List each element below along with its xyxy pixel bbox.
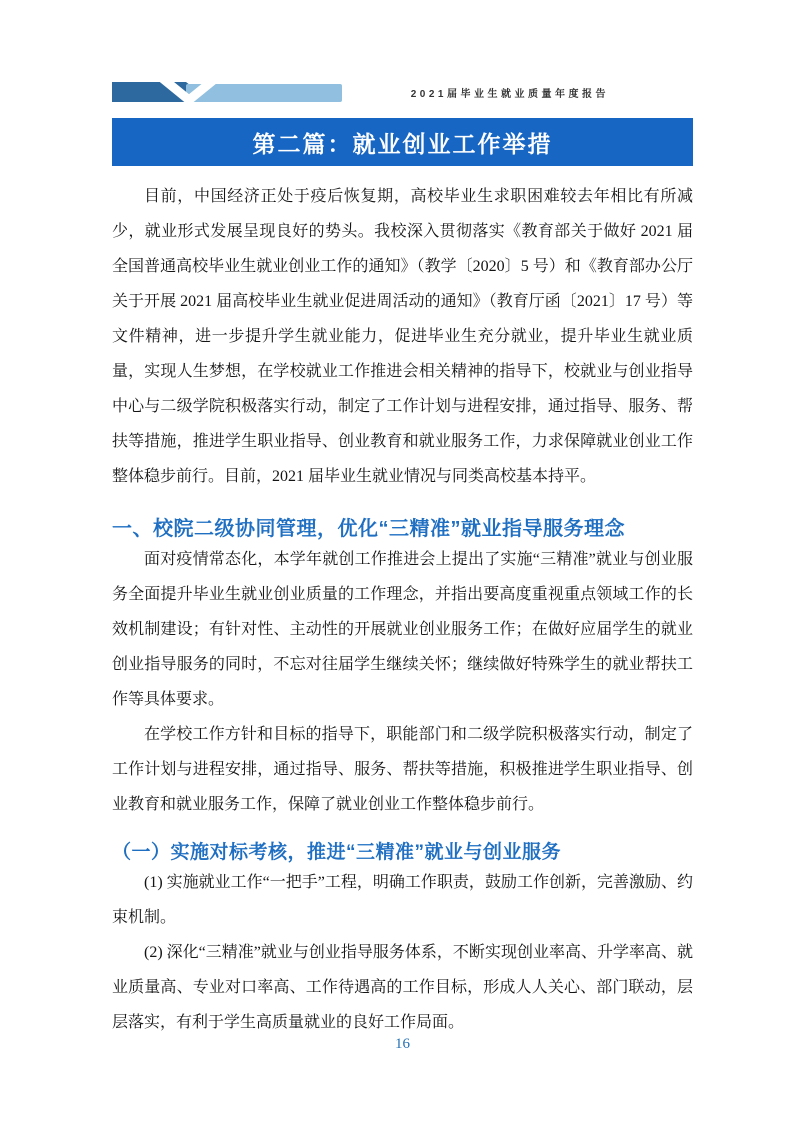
page-content: 2021届毕业生就业质量年度报告 第二篇：就业创业工作举措 目前，中国经济正处于… [112, 0, 693, 1040]
document-page: 2021届毕业生就业质量年度报告 第二篇：就业创业工作举措 目前，中国经济正处于… [0, 0, 800, 1131]
section1-heading: 一、校院二级协同管理，优化“三精准”就业指导服务理念 [112, 516, 693, 542]
logo [112, 81, 342, 103]
subsection1-item-1: (1) 实施就业工作“一把手”工程，明确工作职责，鼓励工作创新，完善激励、约束机… [112, 865, 693, 935]
subsection1-item-2: (2) 深化“三精准”就业与创业指导服务体系，不断实现创业率高、升学率高、就业质… [112, 935, 693, 1040]
running-header-title: 2021届毕业生就业质量年度报告 [411, 85, 609, 100]
intro-paragraph: 目前，中国经济正处于疫后恢复期，高校毕业生求职困难较去年相比有所减少，就业形式发… [112, 179, 693, 494]
section-banner: 第二篇：就业创业工作举措 [112, 118, 693, 166]
subsection1-heading: （一）实施对标考核，推进“三精准”就业与创业服务 [112, 840, 693, 865]
banner-title: 第二篇：就业创业工作举措 [253, 126, 553, 159]
page-header: 2021届毕业生就业质量年度报告 [112, 80, 693, 104]
section1-paragraph-2: 在学校工作方针和目标的指导下，职能部门和二级学院积极落实行动，制定了工作计划与进… [112, 717, 693, 822]
page-number: 16 [395, 1036, 410, 1052]
logo-swoosh-icon [112, 81, 342, 103]
section1-paragraph-1: 面对疫情常态化，本学年就创工作推进会上提出了实施“三精准”就业与创业服务全面提升… [112, 542, 693, 717]
page-footer: 16 [112, 1035, 693, 1053]
